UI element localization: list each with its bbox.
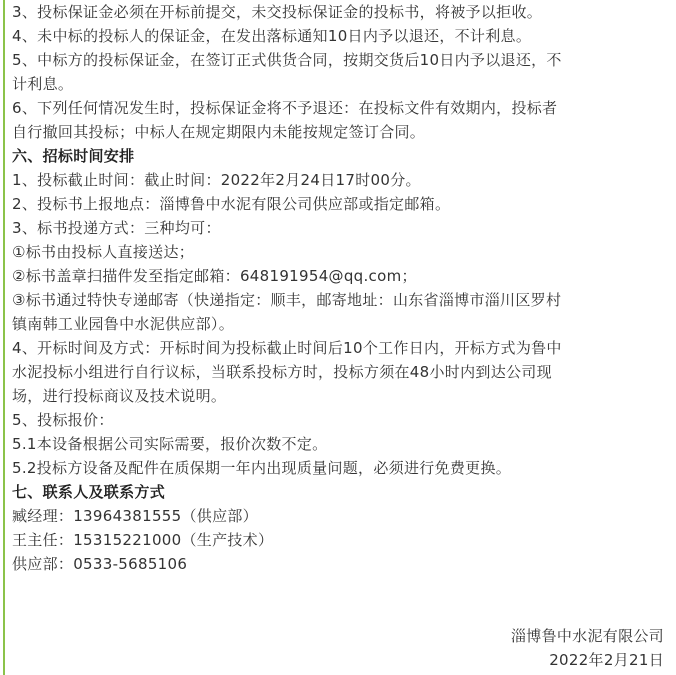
text-line: 场，进行投标商议及技术说明。 xyxy=(12,384,664,408)
contact-line: 臧经理：13964381555（供应部） xyxy=(12,504,664,528)
quote-border xyxy=(3,0,5,675)
text-line: 3、投标保证金必须在开标前提交，未交投标保证金的投标书，将被予以拒收。 xyxy=(12,0,664,24)
text-line: 5.1本设备根据公司实际需要，报价次数不定。 xyxy=(12,432,664,456)
document-body: 3、投标保证金必须在开标前提交，未交投标保证金的投标书，将被予以拒收。 4、未中… xyxy=(12,0,664,672)
spacer xyxy=(12,576,664,624)
text-line: 镇南韩工业园鲁中水泥供应部）。 xyxy=(12,312,664,336)
signature-company: 淄博鲁中水泥有限公司 xyxy=(12,624,664,648)
text-line: 3、标书投递方式：三种均可： xyxy=(12,216,664,240)
text-line: 计利息。 xyxy=(12,72,664,96)
text-line: 1、投标截止时间：截止时间：2022年2月24日17时00分。 xyxy=(12,168,664,192)
text-line: 自行撤回其投标；中标人在规定期限内未能按规定签订合同。 xyxy=(12,120,664,144)
signature-date: 2022年2月21日 xyxy=(12,648,664,672)
text-line: ②标书盖章扫描件发至指定邮箱：648191954@qq.com； xyxy=(12,264,664,288)
text-line: 2、投标书上报地点：淄博鲁中水泥有限公司供应部或指定邮箱。 xyxy=(12,192,664,216)
text-line: 5.2投标方设备及配件在质保期一年内出现质量问题，必须进行免费更换。 xyxy=(12,456,664,480)
text-line: 5、中标方的投标保证金，在签订正式供货合同，按期交货后10日内予以退还，不 xyxy=(12,48,664,72)
text-line: 5、投标报价： xyxy=(12,408,664,432)
text-line: 6、下列任何情况发生时，投标保证金将不予退还：在投标文件有效期内，投标者 xyxy=(12,96,664,120)
section-heading-contacts: 七、联系人及联系方式 xyxy=(12,480,664,504)
contact-line: 供应部：0533-5685106 xyxy=(12,552,664,576)
section-heading-schedule: 六、招标时间安排 xyxy=(12,144,664,168)
text-line: ③标书通过特快专递邮寄（快递指定：顺丰，邮寄地址：山东省淄博市淄川区罗村 xyxy=(12,288,664,312)
text-line: 水泥投标小组进行自行议标，当联系投标方时，投标方须在48小时内到达公司现 xyxy=(12,360,664,384)
text-line: 4、未中标的投标人的保证金，在发出落标通知10日内予以退还，不计利息。 xyxy=(12,24,664,48)
text-line: 4、开标时间及方式：开标时间为投标截止时间后10个工作日内，开标方式为鲁中 xyxy=(12,336,664,360)
text-line: ①标书由投标人直接送达； xyxy=(12,240,664,264)
contact-line: 王主任：15315221000（生产技术） xyxy=(12,528,664,552)
